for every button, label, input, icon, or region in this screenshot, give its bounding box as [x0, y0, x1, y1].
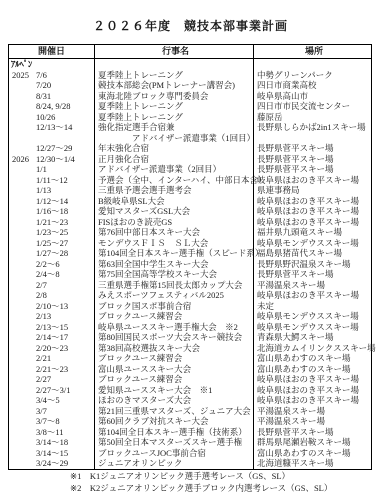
date-cell: 2/21 — [9, 353, 94, 364]
table-row: 2/21～23富山県ユーススキー大会富山県あわすのスキー場 — [9, 364, 371, 375]
date-cell: 3/7～8 — [9, 416, 94, 427]
table-row: 1/12～14B級岐阜県SL大会岐阜県ほおのき平スキー場 — [9, 196, 371, 207]
place-name: 長野県野沢温泉スキー場 — [253, 259, 371, 270]
year-label: 2026 — [9, 154, 36, 165]
date-value: 2/21～23 — [36, 364, 68, 374]
event-name: 第104回全日本スキー選手権（スピード系） — [94, 248, 253, 259]
document-page: ２０２６年度 競技本部事業計画 開催日 行事名 場所 ｱﾙﾍﾟﾝ 20257/6… — [0, 0, 381, 501]
date-cell: 202612/30～1/4 — [9, 154, 94, 165]
table-row: 8/24, 9/28夏季陸上トレーニング四日市市民交流センター — [9, 101, 371, 112]
date-cell: 2/27 — [9, 374, 94, 385]
event-name: ほおのきマスターズ大会 — [94, 395, 253, 406]
event-name: 夏季陸上トレーニング — [94, 112, 253, 123]
place-name: 県連事務局 — [253, 185, 371, 196]
place-name: 岐阜県ほおのき平スキー場 — [253, 196, 371, 207]
event-name: 第60回クラブ対抗スキー大会 — [94, 416, 253, 427]
event-name: 岐阜県ユーススキー選手権大会 ※2 — [94, 322, 253, 333]
table-row: 3/7第21回三重県マスターズ、ジュニア大会平湯温泉スキー場 — [9, 406, 371, 417]
event-name: ブロック国スポ事前合宿 — [94, 301, 253, 312]
date-value: 7/20 — [36, 80, 51, 90]
date-value: 2/10～13 — [36, 301, 68, 311]
date-value: 12/27～29 — [36, 143, 72, 153]
table-row: 1/21～23FISほおのき読売GS岐阜県ほおのき平スキー場 — [9, 217, 371, 228]
event-name: FISほおのき読売GS — [94, 217, 253, 228]
date-value: 1/21～23 — [36, 217, 68, 227]
place-name: 四日市市民交流センター — [253, 101, 371, 112]
date-cell: 2/2～6 — [9, 259, 94, 270]
date-cell: 2/20～23 — [9, 343, 94, 354]
event-name: 強化指定選手合宿兼 — [94, 122, 253, 133]
date-value: 2/27 — [36, 374, 51, 384]
event-name: 第21回三重県マスターズ、ジュニア大会 — [94, 406, 253, 417]
table-header: 開催日 行事名 場所 — [9, 45, 371, 59]
place-name: 富山県あわすのスキー場 — [253, 353, 371, 364]
date-value: 7/6 — [36, 70, 47, 80]
date-value: 3/14～15 — [36, 448, 68, 458]
table-row: 2/27ブロックユース練習会岐阜県ほおのき平スキー場 — [9, 374, 371, 385]
date-value: 1/1 — [36, 164, 47, 174]
date-cell: 3/14～15 — [9, 448, 94, 459]
table-row: 2/4～8第75回全国高等学校スキー大会長野県菅平スキー場 — [9, 269, 371, 280]
place-name: 平湯温泉スキー場 — [253, 280, 371, 291]
footnotes: ※1 K1ジュニアオリンピック選手選考レース（GS、SL）※2 K2ジュニアオリ… — [70, 471, 332, 494]
date-cell: 3/24～29 — [9, 458, 94, 469]
table-row: 1/25～27モンデウスＦＩＳ ＳＬ大会岐阜県モンデウススキー場 — [9, 238, 371, 249]
place-name: 福井県九頭竜スキー場 — [253, 227, 371, 238]
date-cell: 2/14～17 — [9, 332, 94, 343]
date-value: 3/4～5 — [36, 395, 60, 405]
table-row: 3/8～11第104回全日本スキー選手権（技術系）長野県菅平スキー場 — [9, 427, 371, 438]
table-row: 7/20競技本部総会(PMトレーナー講習会)四日市商業高校 — [9, 80, 371, 91]
place-name: 岐阜県ほおのき平スキー場 — [253, 217, 371, 228]
event-name: ブロックユース練習会 — [94, 353, 253, 364]
table-row: 8/31東海北陸ブロック専門委員会岐阜県高山市 — [9, 91, 371, 102]
table-row: 3/4～5ほおのきマスターズ大会岐阜県ほおのき平スキー場 — [9, 395, 371, 406]
place-name: 岐阜県ほおのき平スキー場 — [253, 175, 371, 186]
date-value: 2/21 — [36, 353, 51, 363]
date-cell: 12/13～14 — [9, 122, 94, 133]
table-row: 1/27～28第104回全日本スキー選手権（スピード系）福島県猪苗代スキー場 — [9, 248, 371, 259]
date-cell: 1/12～14 — [9, 196, 94, 207]
event-name: ブロックユースJOC事前合宿 — [94, 448, 253, 459]
footnote: ※1 K1ジュニアオリンピック選手選考レース（GS、SL） — [70, 471, 332, 483]
date-cell: 1/27～28 — [9, 248, 94, 259]
event-name: みえスポーツフェスティバル2025 — [94, 290, 253, 301]
table-row: 1/13三重県予選会選手選考会県連事務局 — [9, 185, 371, 196]
table-row: 1/11～12予選会（全中、インターハイ、中部日本含）岐阜県ほおのき平スキー場 — [9, 175, 371, 186]
date-value: 1/27～28 — [36, 248, 68, 258]
date-value: 8/31 — [36, 91, 51, 101]
date-value: 1/13 — [36, 185, 51, 195]
place-name: 藤原岳 — [253, 112, 371, 123]
place-name: 長野県菅平スキー場 — [253, 154, 371, 165]
place-name: 未定 — [253, 301, 371, 312]
place-name: 富山県あわすのスキー場 — [253, 448, 371, 459]
date-cell — [9, 133, 94, 144]
table-row: 202612/30～1/4正月強化合宿長野県菅平スキー場 — [9, 154, 371, 165]
place-name — [253, 133, 371, 144]
event-name: ジュニアオリンピック — [94, 458, 253, 469]
date-cell: 3/4～5 — [9, 395, 94, 406]
section-row: ｱﾙﾍﾟﾝ — [9, 59, 371, 70]
place-name: 北海道カムイリンクススキー場 — [253, 343, 371, 354]
date-cell: 1/21～23 — [9, 217, 94, 228]
date-cell: 3/7 — [9, 406, 94, 417]
date-value: 2/4～8 — [36, 269, 60, 279]
place-name: 平湯温泉スキー場 — [253, 416, 371, 427]
date-value: 1/11～12 — [36, 175, 68, 185]
date-cell: 8/24, 9/28 — [9, 101, 94, 112]
date-value: 10/26 — [36, 112, 55, 122]
date-value: 1/12～14 — [36, 196, 68, 206]
place-name: 四日市商業高校 — [253, 80, 371, 91]
place-name: 岐阜県高山市 — [253, 91, 371, 102]
place-name: 青森県大鰐スキー場 — [253, 332, 371, 343]
event-name: 第80回国民スポーツ大会スキー競技会 — [94, 332, 253, 343]
table-row: 2/20～23第38回高校選抜スキー大会北海道カムイリンクススキー場 — [9, 343, 371, 354]
table-row: 20257/6夏季陸上トレーニング中勢グリーンパーク — [9, 70, 371, 81]
place-name: 富山県あわすのスキー場 — [253, 364, 371, 375]
place-name: 岐阜県ほおのき平スキー場 — [253, 395, 371, 406]
table-row: 1/1アドバイザー派遣事業（2回目）長野県菅平スキー場 — [9, 164, 371, 175]
table-row: 2/8みえスポーツフェスティバル2025岐阜県ほおのき平スキー場 — [9, 290, 371, 301]
date-cell: 1/1 — [9, 164, 94, 175]
event-name: 競技本部総会(PMトレーナー講習会) — [94, 80, 253, 91]
event-name: 予選会（全中、インターハイ、中部日本含） — [94, 175, 253, 186]
date-value: 3/14～18 — [36, 437, 68, 447]
place-name: 岐阜県モンデウススキー場 — [253, 322, 371, 333]
event-name: B級岐阜県SL大会 — [94, 196, 253, 207]
event-name: 愛知マスターズGSL大会 — [94, 206, 253, 217]
place-name: 平湯温泉スキー場 — [253, 406, 371, 417]
date-value: 3/7～8 — [36, 416, 60, 426]
date-value: 8/24, 9/28 — [36, 101, 70, 111]
event-name: 第38回高校選抜スキー大会 — [94, 343, 253, 354]
place-name: 岐阜県ほおのき平スキー場 — [253, 206, 371, 217]
table-row: 12/13～14強化指定選手合宿兼長野県しらかば2in1スキー場 — [9, 122, 371, 133]
date-cell: 8/31 — [9, 91, 94, 102]
date-value: 1/23～25 — [36, 227, 68, 237]
table-row: 2/13～15岐阜県ユーススキー選手権大会 ※2岐阜県モンデウススキー場 — [9, 322, 371, 333]
date-value: 2/20～23 — [36, 343, 68, 353]
event-name: 第63回全国中学生スキー大会 — [94, 259, 253, 270]
place-name: 岐阜県モンデウススキー場 — [253, 311, 371, 322]
date-cell: 3/14～18 — [9, 437, 94, 448]
date-value: 2/14～17 — [36, 332, 68, 342]
place-name: 長野県菅平スキー場 — [253, 269, 371, 280]
table-row: 3/7～8第60回クラブ対抗スキー大会平湯温泉スキー場 — [9, 416, 371, 427]
event-name: 第104回全日本スキー選手権（技術系） — [94, 427, 253, 438]
date-cell: 7/20 — [9, 80, 94, 91]
date-value: 3/8～11 — [36, 427, 64, 437]
date-cell: 1/23～25 — [9, 227, 94, 238]
date-value: 2/2～6 — [36, 259, 60, 269]
event-name: モンデウスＦＩＳ ＳＬ大会 — [94, 238, 253, 249]
table-row: 1/16～18愛知マスターズGSL大会岐阜県ほおのき平スキー場 — [9, 206, 371, 217]
section-event-spacer — [94, 59, 253, 70]
date-value: 2/27～3/1 — [36, 385, 70, 395]
place-name: 長野県しらかば2in1スキー場 — [253, 122, 371, 133]
place-name: 中勢グリーンパーク — [253, 70, 371, 81]
place-name: 岐阜県ほおのき平スキー場 — [253, 385, 371, 396]
page-title: ２０２６年度 競技本部事業計画 — [0, 0, 381, 34]
date-cell: 1/25～27 — [9, 238, 94, 249]
date-value: 12/30～1/4 — [36, 154, 75, 164]
event-name: 年末強化合宿 — [94, 143, 253, 154]
date-cell: 10/26 — [9, 112, 94, 123]
place-name: 岐阜県モンデウススキー場 — [253, 238, 371, 249]
table-row: 2/10～13ブロック国スポ事前合宿未定 — [9, 301, 371, 312]
event-name: アドバイザー派遣事業（1回目） — [94, 133, 253, 144]
section-label: ｱﾙﾍﾟﾝ — [9, 59, 94, 70]
event-name: 第75回全国高等学校スキー大会 — [94, 269, 253, 280]
date-value: 2/7 — [36, 280, 47, 290]
date-cell: 12/27～29 — [9, 143, 94, 154]
event-name: 第76回中部日本スキー大会 — [94, 227, 253, 238]
date-cell: 2/4～8 — [9, 269, 94, 280]
event-name: 第50回全日本マスターズスキー選手権 — [94, 437, 253, 448]
date-cell: 1/13 — [9, 185, 94, 196]
table-row: 1/23～25第76回中部日本スキー大会福井県九頭竜スキー場 — [9, 227, 371, 238]
date-value: 2/13 — [36, 311, 51, 321]
table-row: 2/14～17第80回国民スポーツ大会スキー競技会青森県大鰐スキー場 — [9, 332, 371, 343]
table-row: 2/27～3/1愛知県ユーススキー大会 ※1岐阜県ほおのき平スキー場 — [9, 385, 371, 396]
section-place-spacer — [253, 59, 371, 70]
event-name: 正月強化合宿 — [94, 154, 253, 165]
event-name: ブロックユース練習会 — [94, 374, 253, 385]
date-cell: 2/7 — [9, 280, 94, 291]
date-value: 1/25～27 — [36, 238, 68, 248]
table-row: 3/14～18第50回全日本マスターズスキー選手権群馬県尾瀬岩鞍スキー場 — [9, 437, 371, 448]
date-cell: 20257/6 — [9, 70, 94, 81]
date-cell: 2/8 — [9, 290, 94, 301]
event-name: 三重県予選会選手選考会 — [94, 185, 253, 196]
table-row: アドバイザー派遣事業（1回目） — [9, 133, 371, 144]
event-name: 愛知県ユーススキー大会 ※1 — [94, 385, 253, 396]
table-row: 2/7三重県選手権第15回長太郎カップ大会平湯温泉スキー場 — [9, 280, 371, 291]
place-name: 長野県菅平スキー場 — [253, 164, 371, 175]
table-row: 3/24～29ジュニアオリンピック北海道糠平スキー場 — [9, 458, 371, 469]
date-value: 12/13～14 — [36, 122, 72, 132]
place-name: 福島県猪苗代スキー場 — [253, 248, 371, 259]
date-value: 3/7 — [36, 406, 47, 416]
date-cell: 2/27～3/1 — [9, 385, 94, 396]
event-name: 三重県選手権第15回長太郎カップ大会 — [94, 280, 253, 291]
date-cell: 2/21～23 — [9, 364, 94, 375]
table-row: 2/2～6第63回全国中学生スキー大会長野県野沢温泉スキー場 — [9, 259, 371, 270]
table-row: 2/21ブロックユース練習会富山県あわすのスキー場 — [9, 353, 371, 364]
date-value: 3/24～29 — [36, 458, 68, 468]
place-name: 群馬県尾瀬岩鞍スキー場 — [253, 437, 371, 448]
date-cell: 1/16～18 — [9, 206, 94, 217]
date-cell: 2/10～13 — [9, 301, 94, 312]
place-name: 長野県菅平スキー場 — [253, 427, 371, 438]
table-body: 20257/6夏季陸上トレーニング中勢グリーンパーク7/20競技本部総会(PMト… — [9, 70, 371, 469]
header-place: 場所 — [253, 45, 371, 58]
place-name: 北海道糠平スキー場 — [253, 458, 371, 469]
event-name: 富山県ユーススキー大会 — [94, 364, 253, 375]
header-date: 開催日 — [9, 45, 94, 58]
event-name: 夏季陸上トレーニング — [94, 70, 253, 81]
place-name: 長野県菅平スキー場 — [253, 143, 371, 154]
table-row: 3/14～15ブロックユースJOC事前合宿富山県あわすのスキー場 — [9, 448, 371, 459]
date-cell: 2/13 — [9, 311, 94, 322]
place-name: 岐阜県ほおのき平スキー場 — [253, 290, 371, 301]
event-name: 東海北陸ブロック専門委員会 — [94, 91, 253, 102]
event-name: ブロックユース練習会 — [94, 311, 253, 322]
date-cell: 2/13～15 — [9, 322, 94, 333]
event-name: 夏季陸上トレーニング — [94, 101, 253, 112]
table-row: 10/26夏季陸上トレーニング藤原岳 — [9, 112, 371, 123]
date-value: 2/8 — [36, 290, 47, 300]
table-row: 2/13ブロックユース練習会岐阜県モンデウススキー場 — [9, 311, 371, 322]
footnote: ※2 K2ジュニアオリンピック選手ブロック内選考レース（GS、SL） — [70, 483, 332, 495]
schedule-table: 開催日 行事名 場所 ｱﾙﾍﾟﾝ 20257/6夏季陸上トレーニング中勢グリーン… — [8, 44, 372, 470]
date-value: 2/13～15 — [36, 322, 68, 332]
event-name: アドバイザー派遣事業（2回目） — [94, 164, 253, 175]
table-row: 12/27～29年末強化合宿長野県菅平スキー場 — [9, 143, 371, 154]
date-cell: 1/11～12 — [9, 175, 94, 186]
date-cell: 3/8～11 — [9, 427, 94, 438]
header-event: 行事名 — [94, 45, 253, 58]
date-value: 1/16～18 — [36, 206, 68, 216]
place-name: 岐阜県ほおのき平スキー場 — [253, 374, 371, 385]
year-label: 2025 — [9, 70, 36, 81]
